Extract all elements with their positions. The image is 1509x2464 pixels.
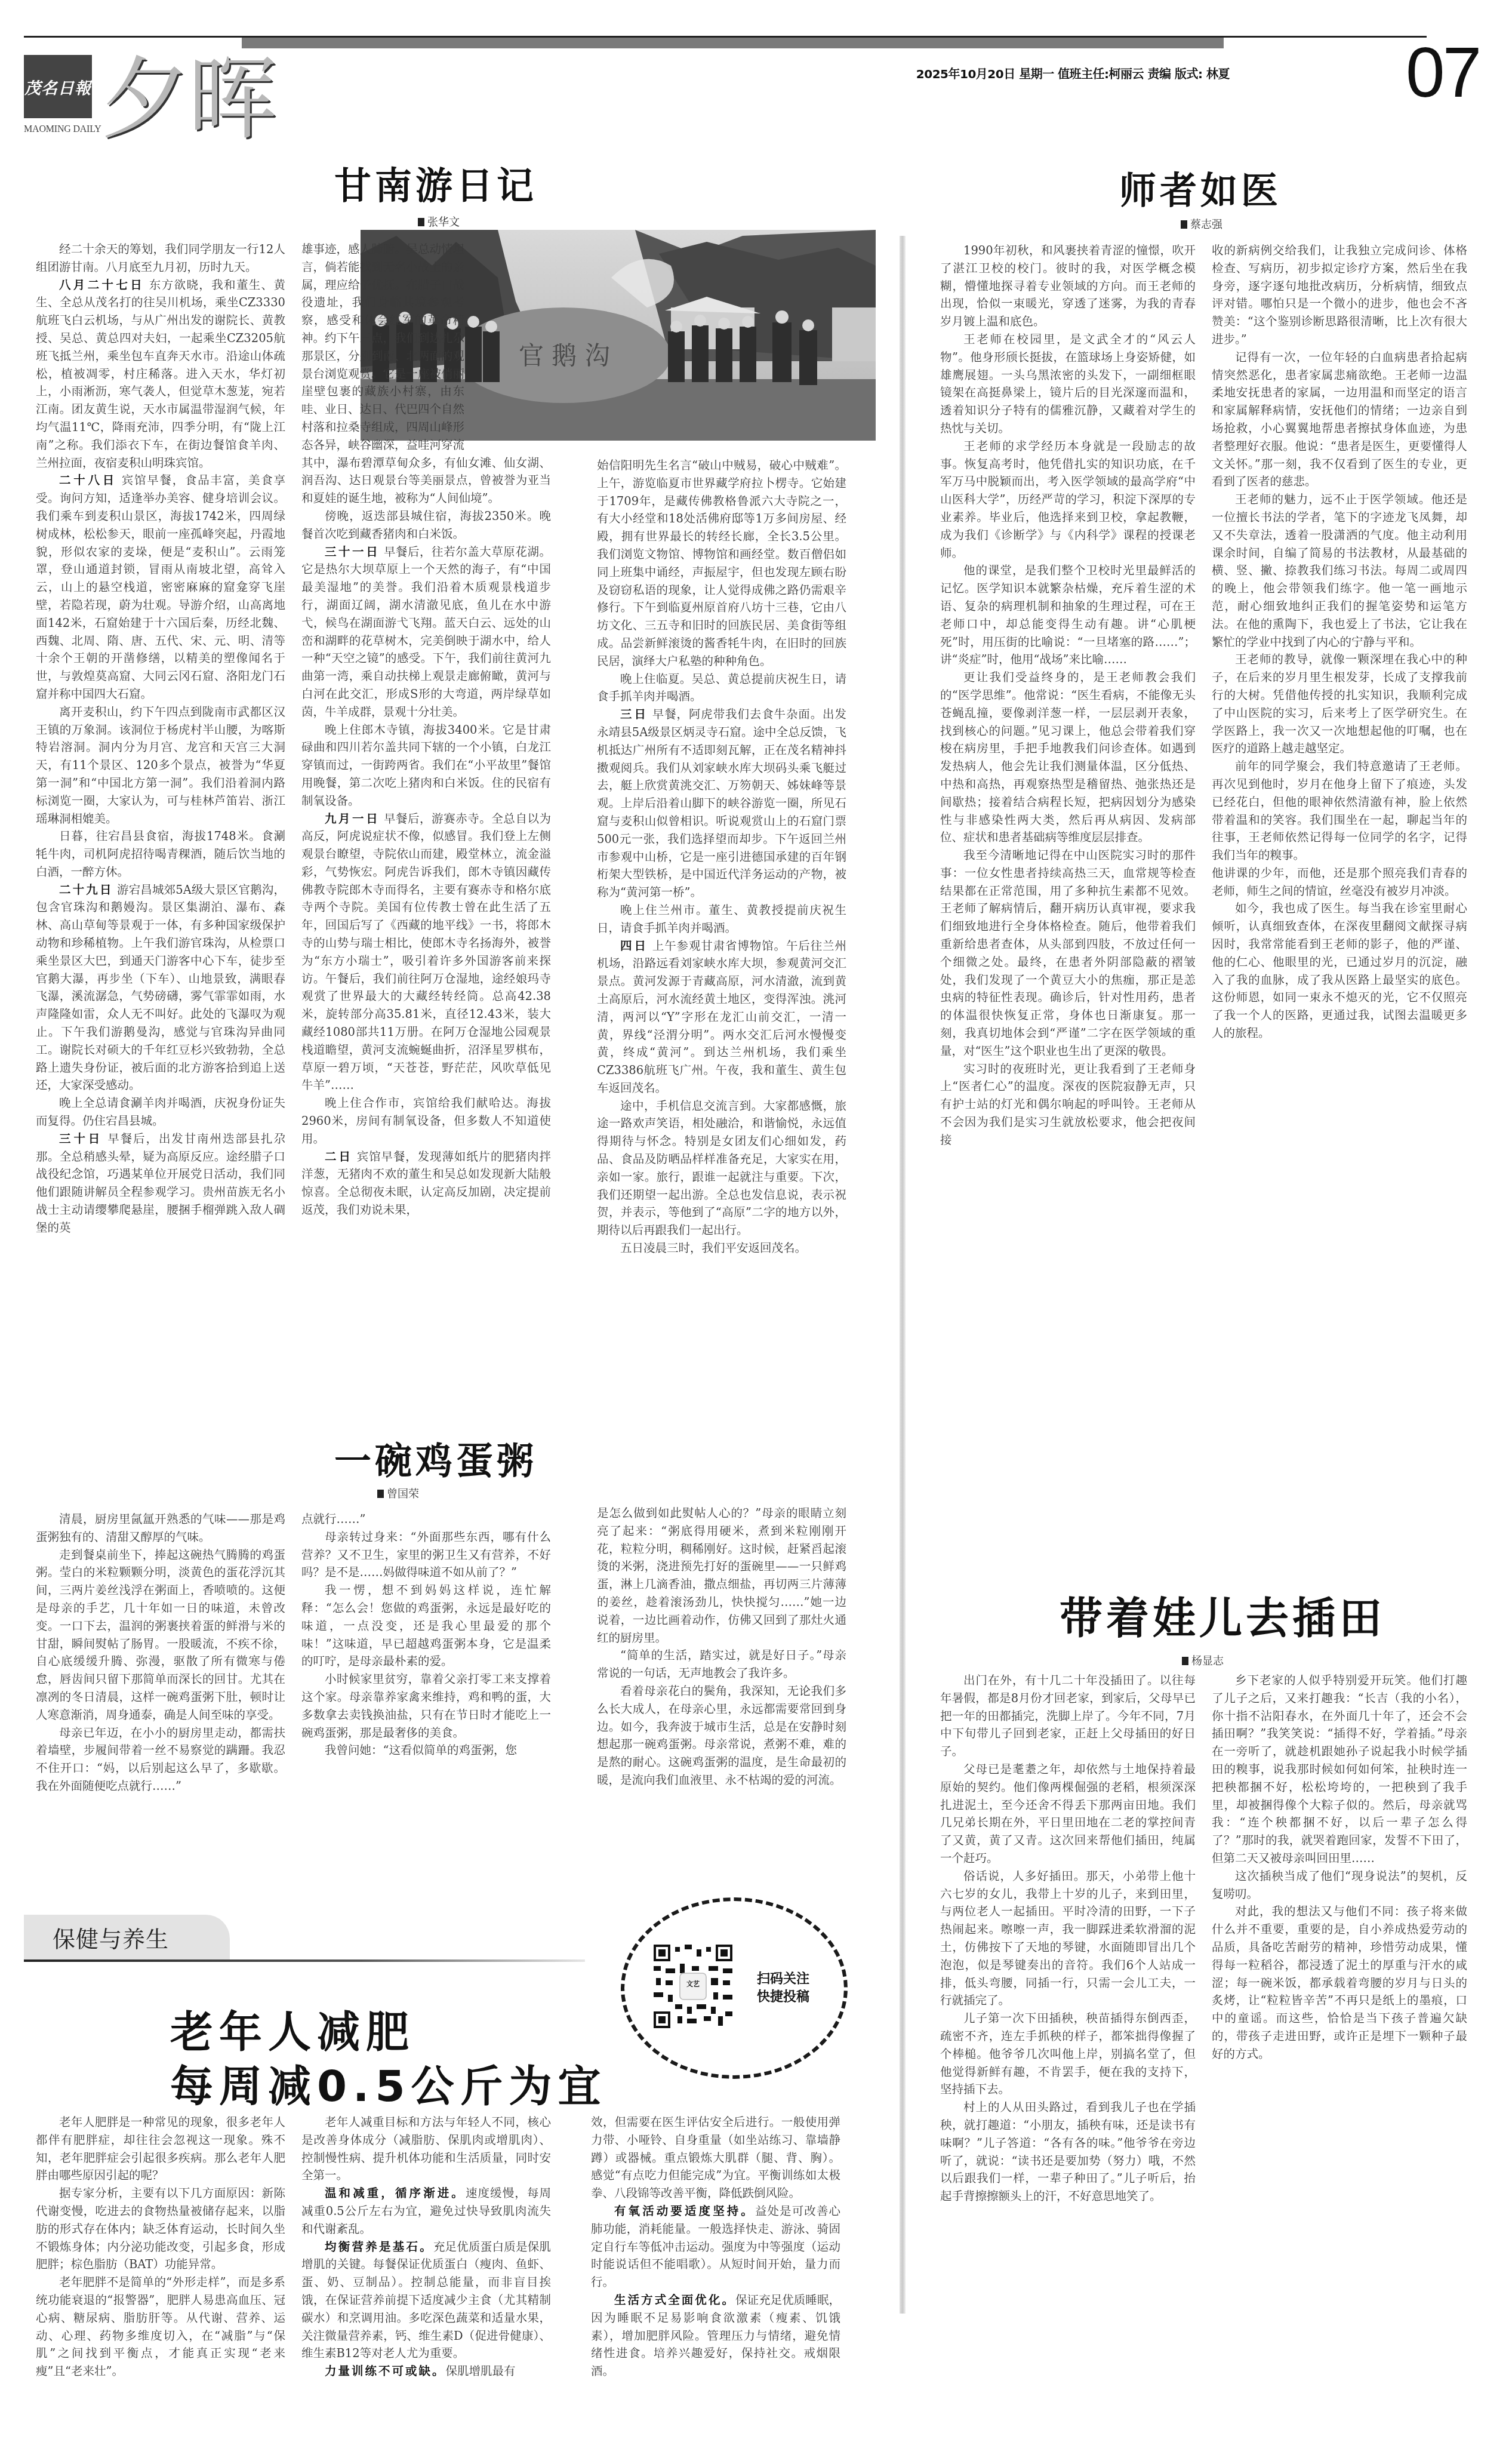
paragraph: 记得有一次，一位年轻的白血病患者拾起病情突然恶化，患者家属悲痛欲绝。王老师一边温… bbox=[1212, 349, 1467, 491]
qr-center-label: 文艺 bbox=[680, 1979, 706, 1989]
health-title-line2: 每周减0.5公斤为宜 bbox=[170, 2051, 607, 2114]
health-column-3: 效，但需要在医生评估安全后进行。一般使用弹力带、小哑铃、自身重量（如坐站练习、靠… bbox=[591, 2114, 840, 2424]
congee-column-1: 清晨，厨房里氤氲开熟悉的气味——那是鸡蛋粥独有的、清甜又醇厚的气味。 走到餐桌前… bbox=[36, 1511, 285, 1893]
paragraph: 五日凌晨三时，我们平安返回茂名。 bbox=[597, 1239, 846, 1257]
qr-caption-line1: 扫码关注 bbox=[757, 1970, 809, 1988]
section-name: 夕晖 bbox=[100, 49, 275, 150]
health-subheading: 温和减重，循序渐进。 bbox=[325, 2186, 466, 2200]
section-tab-label: 保健与养生 bbox=[53, 1921, 169, 1954]
paragraph: 生活方式全面优化。保证充足优质睡眠，因为睡眠不足易影响食欲激素（瘦素、饥饿素），… bbox=[591, 2291, 840, 2380]
paragraph: 据专家分析，主要有以下几方面原因：新陈代谢变慢，吃进去的食物热量被储存起来，以脂… bbox=[36, 2185, 285, 2274]
photo-wrap-spacer bbox=[464, 241, 551, 442]
paragraph: 效，但需要在医生评估安全后进行。一般使用弹力带、小哑铃、自身重量（如坐站练习、靠… bbox=[591, 2114, 840, 2202]
paragraph: 老年人减重目标和方法与年轻人不同，核心是改善身体成分（减脂肪、保肌肉或增肌肉）、… bbox=[301, 2114, 551, 2185]
paragraph: 收的新病例交给我们，让我独立完成问诊、体格检查、写病历，初步拟定诊疗方案，然后坐… bbox=[1212, 242, 1467, 349]
paragraph: 傍晚，返迭部县城住宿，海拔2350米。晚餐首次吃到藏香猪肉和白米饭。 bbox=[301, 507, 551, 543]
teacher-column-2: 收的新病例交给我们，让我独立完成问诊、体格检查、写病历，初步拟定诊疗方案，然后坐… bbox=[1212, 242, 1467, 1496]
travel-column-2: 雄事迹，感人肺腑。吴总动情坦言，倘若能找到无名小战士的亲属，理应给予优抚。在腊子… bbox=[301, 241, 551, 1369]
paragraph: 母亲已年迈，在小小的厨房里走动，都需扶着墙壁，步履间带着一丝不易察觉的蹒跚。我忍… bbox=[36, 1724, 285, 1795]
paragraph: 我一愣，想不到妈妈这样说，连忙解释：“怎么会！您做的鸡蛋粥，永远是最好吃的味道，… bbox=[301, 1582, 551, 1671]
paragraph: 我曾问她：“这看似简单的鸡蛋粥，您 bbox=[301, 1742, 551, 1759]
qr-code[interactable]: 文艺 bbox=[654, 1945, 732, 2028]
paragraph: 小时候家里贫穷，靠着父亲打零工来支撑着这个家。母亲靠养家禽来维持，鸡和鸭的蛋，大… bbox=[301, 1671, 551, 1742]
paragraph: 离开麦积山，约下午四点到陇南市武都区汉王镇的万象洞。该洞位于杨虎村半山腰，为喀斯… bbox=[36, 703, 285, 828]
paragraph: 母亲转过身来：“外面那些东西，哪有什么营养？又不卫生，家里的粥卫生又有营养，不好… bbox=[301, 1528, 551, 1582]
date-editor-line: 2025年10月20日 星期一 值班主任:柯丽云 责编 版式: 林夏 bbox=[836, 64, 1230, 82]
paragraph: 点就行……” bbox=[301, 1511, 551, 1528]
logo-english: MAOMING DAILY bbox=[24, 124, 93, 135]
paragraph: 有氧活动要适度坚持。益处是可改善心肺功能，消耗能量。一般选择快走、游泳、骑固定自… bbox=[591, 2202, 840, 2291]
paragraph: 如今，我也成了医生。每当我在诊室里耐心倾听，认真细致查体，在深夜里翻阅文献探寻病… bbox=[1212, 900, 1467, 1042]
paragraph: 始信阳明先生名言“破山中贼易，破心中贼难”。上午，游览临夏市世界藏学府拉卜楞寺。… bbox=[597, 457, 846, 670]
qr-caption: 扫码关注 快捷投稿 bbox=[757, 1970, 809, 2006]
paragraph: 晚上住临夏。吴总、黄总提前庆祝生日，请食手抓羊肉并喝酒。 bbox=[597, 670, 846, 706]
page-number: 07 bbox=[1406, 37, 1479, 109]
byline-travel: 张华文 bbox=[418, 214, 460, 229]
paragraph: 三日 早餐，阿虎带我们去食牛杂面。出发永靖县5A级景区炳灵寺石窟。途中全总反馈，… bbox=[597, 706, 846, 902]
health-subheading: 生活方式全面优化。 bbox=[614, 2293, 735, 2307]
paragraph: 出门在外，有十几二十年没插田了。以往每年暑假，都是8月份才回老家，到家后，父母早… bbox=[940, 1672, 1196, 1761]
paragraph: 是怎么做到如此熨帖人心的？”母亲的眼睛立刻亮了起来：“粥底得用硬米，煮到米粒刚刚… bbox=[597, 1505, 846, 1647]
author-name: 曾国荣 bbox=[387, 1488, 419, 1500]
byline-congee: 曾国荣 bbox=[377, 1485, 419, 1501]
paragraph: 实习时的夜班时光，更让我看到了王老师身上“医者仁心”的温度。深夜的医院寂静无声，… bbox=[940, 1060, 1196, 1149]
paragraph: 乡下老家的人似乎特别爱开玩笑。他们打趣了儿子之后，又来打趣我：“长吉（我的小名）… bbox=[1212, 1672, 1467, 1868]
health-section-rule bbox=[24, 1959, 585, 1962]
qr-caption-line2: 快捷投稿 bbox=[757, 1988, 809, 2006]
paragraph: 温和减重，循序渐进。速度缓慢，每周减重0.5公斤左右为宜，避免过快导致肌肉流失和… bbox=[301, 2185, 551, 2238]
byline-marker-icon bbox=[1181, 220, 1187, 229]
paragraph: 四日 上午参观甘肃省博物馆。午后往兰州机场，沿路远看刘家峡水库大坝，参观黄河交汇… bbox=[597, 937, 846, 1097]
paragraph: 二十九日 游宕昌城郊5A级大景区官鹅沟，包含官珠沟和鹅嫚沟。景区集湖泊、瀑布、森… bbox=[36, 881, 285, 1095]
paragraph: 九月一日 早餐后，游赛赤寺。全总自以为高反，阿虎说症状不像，似感冒。我们登上左侧… bbox=[301, 810, 551, 1095]
paragraph: 晚上全总请食涮羊肉并喝酒，庆祝身份证失而复得。仍住宕昌县城。 bbox=[36, 1094, 285, 1130]
paragraph: 三十一日 早餐后，往若尔盖大草原花湖。它是热尔大坝草原上一个天然的海子，有“中国… bbox=[301, 543, 551, 721]
paragraph: 儿子第一次下田插秧，秧苗插得东倒西歪，疏密不齐，连左手抓秧的样子，都笨拙得像握了… bbox=[940, 2010, 1196, 2099]
paragraph: 二日 宾馆早餐，发现薄如纸片的肥猪肉拌洋葱，无猪肉不欢的董生和吴总如发现新大陆般… bbox=[301, 1148, 551, 1219]
article-title-teacher: 师者如医 bbox=[1119, 161, 1282, 214]
byline-teacher: 蔡志强 bbox=[1181, 216, 1222, 232]
congee-column-3: 是怎么做到如此熨帖人心的？”母亲的眼睛立刻亮了起来：“粥底得用硬米，煮到米粒刚刚… bbox=[597, 1505, 846, 1839]
paragraph: 王老师在校园里，是文武全才的“风云人物”。他身形颀长挺拔，在篮球场上身姿矫健，如… bbox=[940, 331, 1196, 438]
paragraph: 他讲课的少年，而他，还是那个照亮我们青春的老师，师生之间的情谊，丝毫没有被岁月冲… bbox=[1212, 865, 1467, 900]
byline-farming: 杨显志 bbox=[1182, 1653, 1224, 1668]
health-subheading: 力量训练不可或缺。 bbox=[325, 2364, 446, 2378]
paragraph: 清晨，厨房里氤氲开熟悉的气味——那是鸡蛋粥独有的、清甜又醇厚的气味。 bbox=[36, 1511, 285, 1546]
paragraph: 老年人肥胖是一种常见的现象，很多老年人都伴有肥胖症，却往往会忽视这一现象。殊不知… bbox=[36, 2114, 285, 2185]
paragraph: 我至今清晰地记得在中山医院实习时的那件事：一位女性患者持续高热三天，血常规等检查… bbox=[940, 847, 1196, 1060]
paragraph: 途中，手机信息交流言到。大家都感慨，旅途一路欢声笑语，相处融洽，和谐愉悦，永远值… bbox=[597, 1097, 846, 1239]
byline-marker-icon bbox=[1182, 1657, 1188, 1665]
column-divider bbox=[900, 236, 906, 2314]
paragraph: 三十日 早餐后，出发甘南州迭部县扎尕那。全总稍感头晕，疑为高原反应。途经腊子口战… bbox=[36, 1130, 285, 1237]
paragraph: “简单的生活，踏实过，就是好日子。”母亲常说的一句话，无声地教会了我许多。 bbox=[597, 1647, 846, 1682]
paragraph: 走到餐桌前坐下，捧起这碗热气腾腾的鸡蛋粥。莹白的米粒颗颗分明，淡黄色的蛋花浮沉其… bbox=[36, 1546, 285, 1724]
author-name: 蔡志强 bbox=[1190, 219, 1222, 231]
article-title-congee: 一碗鸡蛋粥 bbox=[334, 1432, 537, 1485]
paragraph: 二十八日 宾馆早餐，食品丰富，美食享受。询问方知，适逢举办美容、健身培训会议。我… bbox=[36, 472, 285, 703]
travel-column-3: 始信阳明先生名言“破山中贼易，破心中贼难”。上午，游览临夏市世界藏学府拉卜楞寺。… bbox=[597, 457, 846, 1424]
paragraph: 王老师的教导，就像一颗深埋在我心中的种子，在后来的岁月里生根发芽，长成了支撑我前… bbox=[1212, 651, 1467, 758]
farming-column-2: 乡下老家的人似乎特别爱开玩笑。他们打趣了儿子之后，又来打趣我：“长吉（我的小名）… bbox=[1212, 1672, 1467, 2448]
paragraph: 更让我们受益终身的，是王老师教会我们的“医学思维”。他常说：“医生看病，不能像无… bbox=[940, 669, 1196, 847]
paragraph: 晚上住兰州市。董生、黄教授提前庆祝生日，请食手抓羊肉并喝酒。 bbox=[597, 902, 846, 937]
travel-column-1: 经二十余天的筹划，我们同学朋友一行12人组团游甘南。八月底至九月初，历时九天。 … bbox=[36, 241, 285, 1369]
paragraph: 村上的人从田头路过，看到我儿子也在学插秧，就打趣道：“小朋友，插秧有味，还是读书… bbox=[940, 2099, 1196, 2205]
article-title-travel: 甘南游日记 bbox=[334, 156, 537, 210]
health-title-line1: 老年人减肥 bbox=[170, 1997, 415, 2059]
farming-column-1: 出门在外，有十几二十年没插田了。以往每年暑假，都是8月份才回老家，到家后，父母早… bbox=[940, 1672, 1196, 2448]
newspaper-logo: 茂名日報 bbox=[24, 55, 92, 118]
paragraph: 他的课堂，是我们整个卫校时光里最鲜活的记忆。医学知识本就繁杂枯燥，充斥着生涩的术… bbox=[940, 562, 1196, 669]
paragraph: 对此，我的想法又与他们不同：孩子将来做什么并不重要，重要的是，自小养成热爱劳动的… bbox=[1212, 1903, 1467, 2063]
paragraph: 力量训练不可或缺。保肌增肌最有 bbox=[301, 2363, 551, 2380]
logo-chinese: 茂名日報 bbox=[24, 75, 91, 99]
health-subheading: 有氧活动要适度坚持。 bbox=[614, 2204, 755, 2218]
paragraph: 看着母亲花白的鬓角，我深知，无论我们多么长大成人，在母亲心里，永远都需要常回到身… bbox=[597, 1682, 846, 1789]
congee-column-2: 点就行……” 母亲转过身来：“外面那些东西，哪有什么营养？又不卫生，家里的粥卫生… bbox=[301, 1511, 551, 1893]
paragraph: 这次插秧当成了他们“现身说法”的契机，反复唠叨。 bbox=[1212, 1868, 1467, 1903]
health-column-1: 老年人肥胖是一种常见的现象，很多老年人都伴有肥胖症，却往往会忽视这一现象。殊不知… bbox=[36, 2114, 285, 2424]
paragraph: 经二十余天的筹划，我们同学朋友一行12人组团游甘南。八月底至九月初，历时九天。 bbox=[36, 241, 285, 276]
byline-marker-icon bbox=[418, 218, 424, 226]
health-column-2: 老年人减重目标和方法与年轻人不同，核心是改善身体成分（减脂肪、保肌肉或增肌肉）、… bbox=[301, 2114, 551, 2424]
paragraph: 前年的同学聚会，我们特意邀请了王老师。再次见到他时，岁月在他身上留下了痕迹，头发… bbox=[1212, 758, 1467, 865]
paragraph: 俗话说，人多好插田。那天，小弟带上他十六七岁的女儿，我带上十岁的儿子，来到田里，… bbox=[940, 1868, 1196, 2010]
article-title-farming: 带着娃儿去插田 bbox=[1060, 1583, 1385, 1645]
paragraph: 老年肥胖不是简单的“外形走样”，而是多系统功能衰退的“报警器”，肥胖人易患高血压… bbox=[36, 2274, 285, 2380]
health-subheading: 均衡营养是基石。 bbox=[325, 2240, 433, 2254]
paragraph: 王老师的求学经历本身就是一段励志的故事。恢复高考时，他凭借扎实的知识功底，在千军… bbox=[940, 438, 1196, 562]
author-name: 杨显志 bbox=[1191, 1655, 1224, 1668]
byline-marker-icon bbox=[377, 1490, 384, 1498]
paragraph: 日暮，往宕昌县食宿，海拔1748米。食涮牦牛肉，司机阿虎招待喝青稞酒，随后饮当地… bbox=[36, 828, 285, 881]
teacher-column-1: 1990年初秋，和风裹挟着青涩的憧憬，吹开了湛江卫校的校门。彼时的我，对医学概念… bbox=[940, 242, 1196, 1558]
paragraph: 父母已是耄耋之年，却依然与土地保持着最原始的契约。他们像两棵倔强的老稻，根须深深… bbox=[940, 1761, 1196, 1868]
author-name: 张华文 bbox=[427, 216, 460, 229]
paragraph: 1990年初秋，和风裹挟着青涩的憧憬，吹开了湛江卫校的校门。彼时的我，对医学概念… bbox=[940, 242, 1196, 331]
paragraph: 八月二十七日 东方欲晓，我和董生、黄生、全总从茂名打的往吴川机场，乘坐CZ333… bbox=[36, 276, 285, 472]
paragraph: 晚上住郎木寺镇，海拔3400米。它是甘肃碌曲和四川若尔盖共同下辖的一个小镇，白龙… bbox=[301, 721, 551, 810]
paragraph: 晚上住合作市，宾馆给我们献哈达。海拔2960米，房间有制氧设备，但多数人不知道使… bbox=[301, 1094, 551, 1148]
paragraph: 均衡营养是基石。充足优质蛋白质是保肌增肌的关键。每餐保证优质蛋白（瘦肉、鱼虾、蛋… bbox=[301, 2238, 551, 2363]
paragraph: 王老师的魅力，远不止于医学领域。他还是一位擅长书法的学者，笔下的字迹龙飞凤舞，却… bbox=[1212, 491, 1467, 651]
section-tab-health: 保健与养生 bbox=[24, 1915, 230, 1959]
masthead-grey-bar bbox=[242, 38, 1224, 48]
